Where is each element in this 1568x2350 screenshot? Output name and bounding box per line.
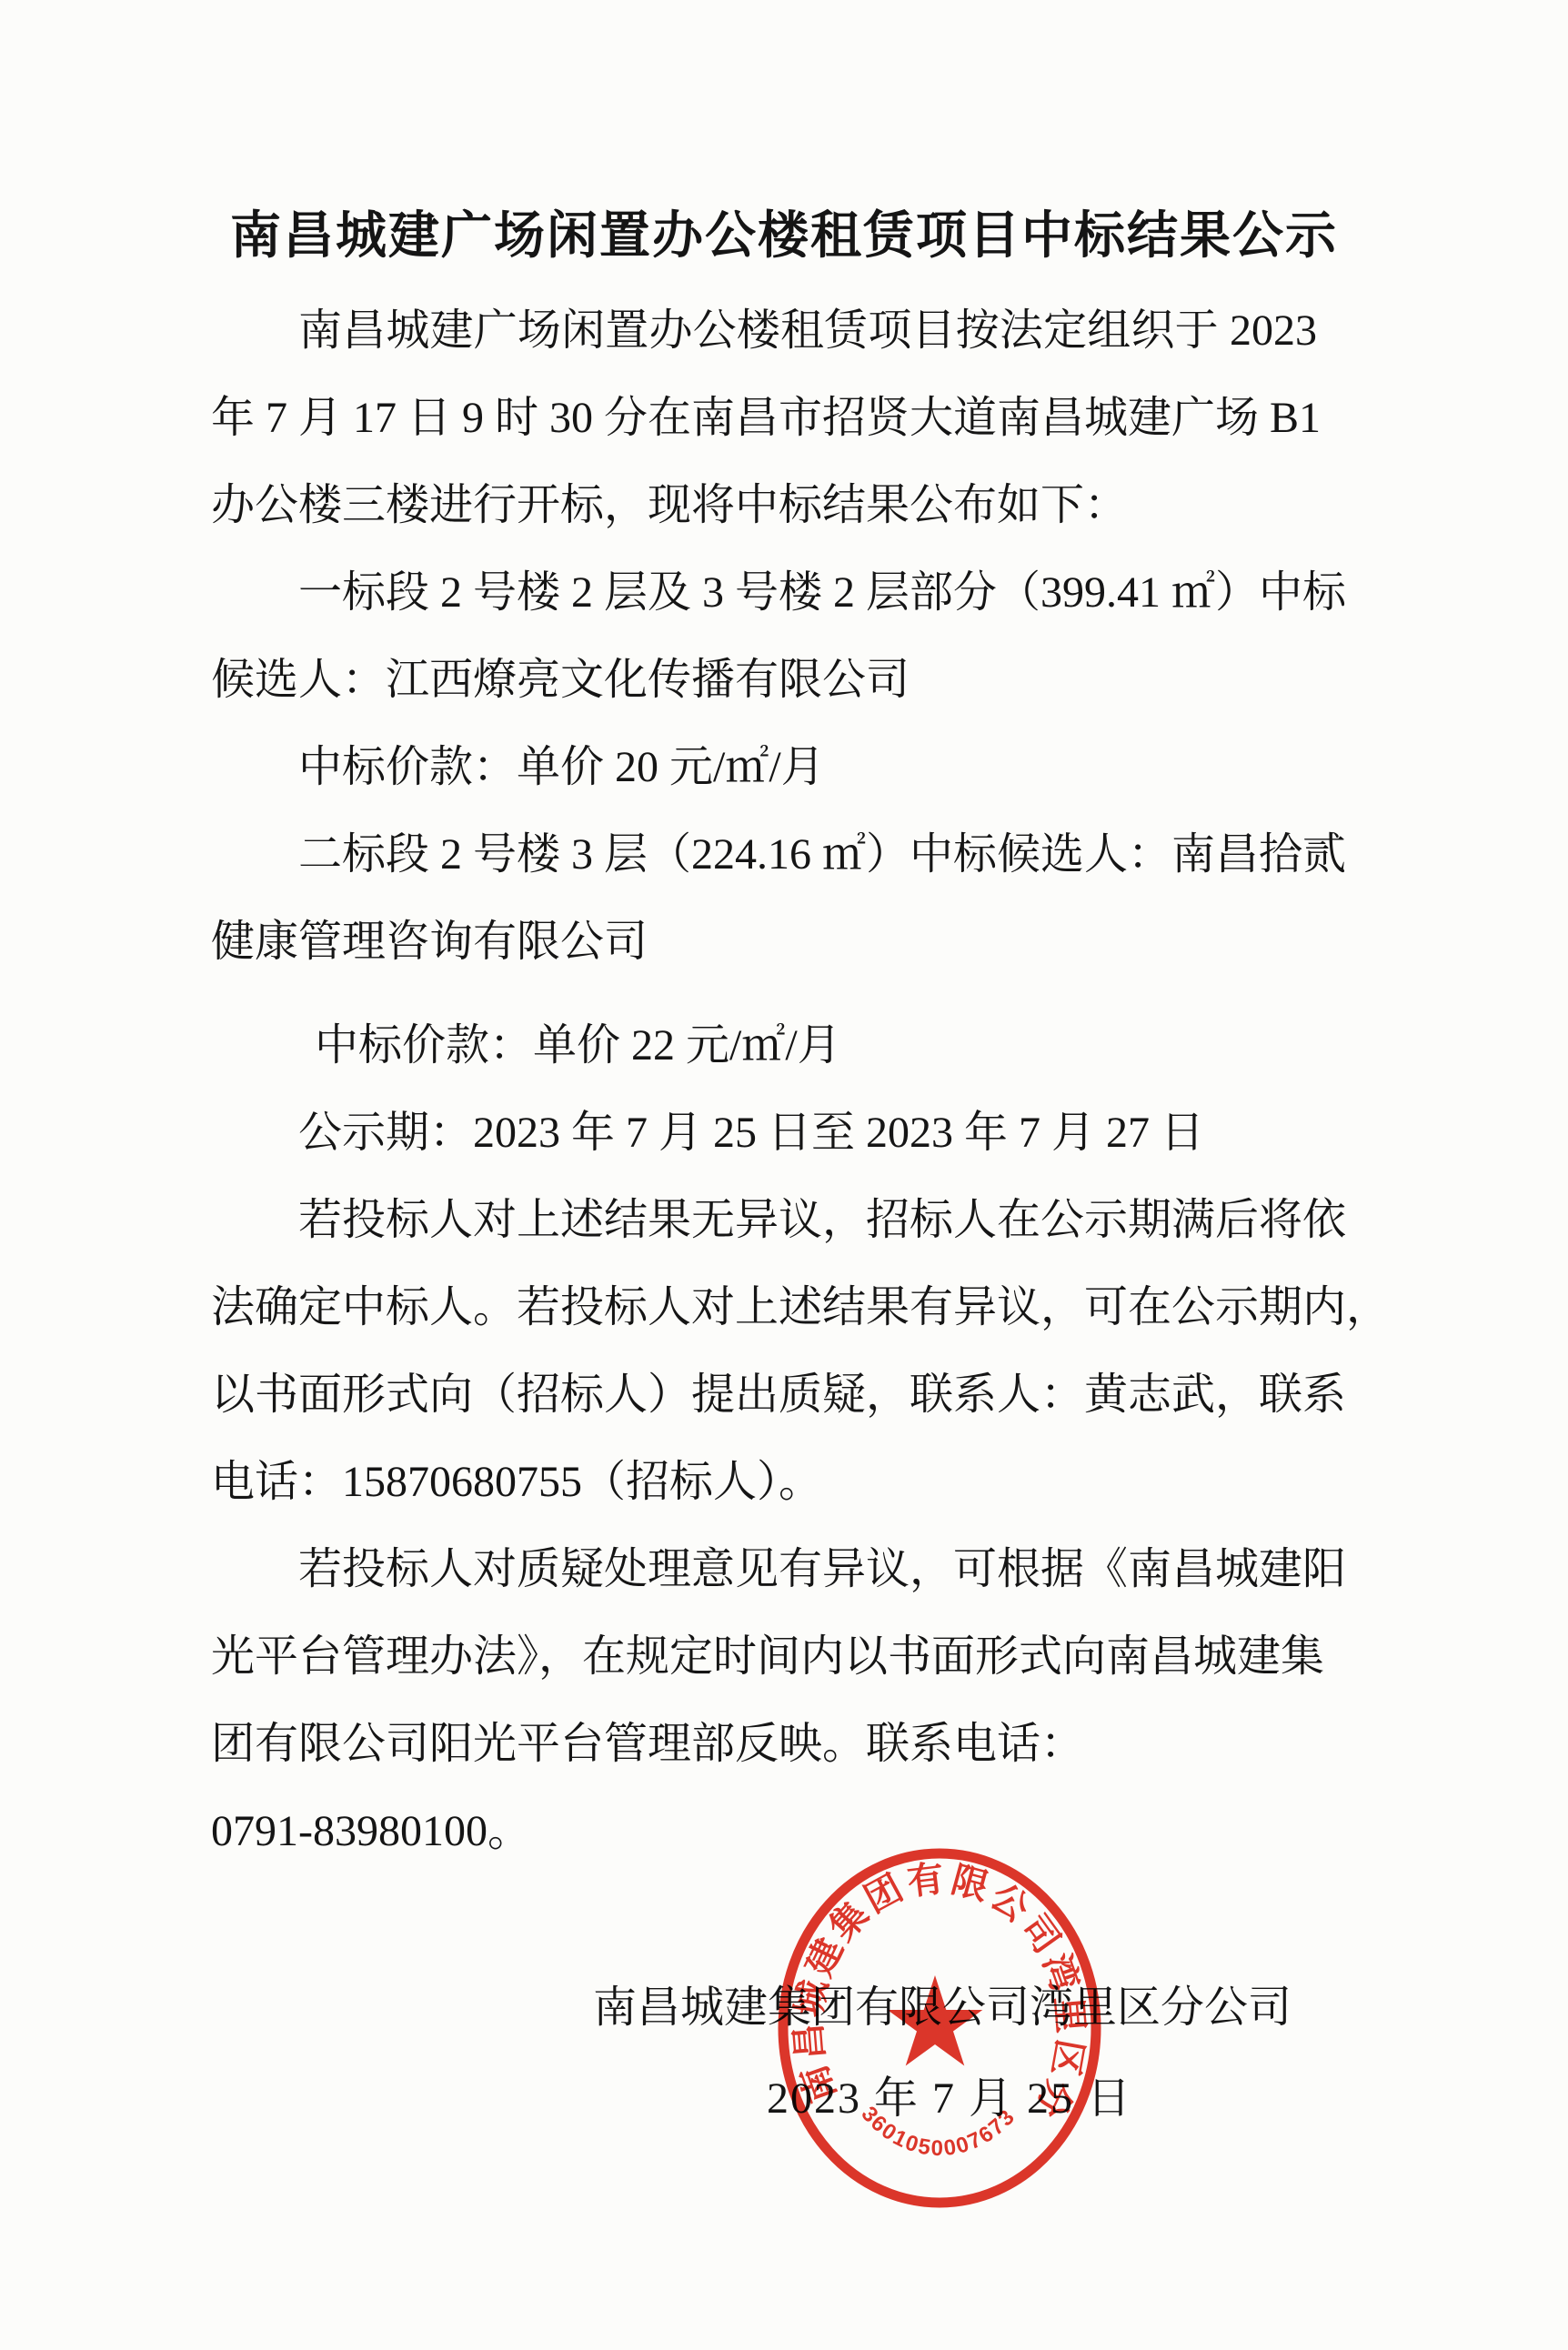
document-line: 健康管理咨询有限公司 [211, 899, 1317, 986]
document-line: 若投标人对质疑处理意见有异议，可根据《南昌城建阳 [211, 1526, 1317, 1613]
document-body: 南昌城建广场闲置办公楼租赁项目按法定组织于 2023年 7 月 17 日 9 时… [211, 287, 1317, 1875]
document-line: 中标价款：单价 22 元/㎡/月 [211, 1002, 1317, 1090]
document-line: 法确定中标人。若投标人对上述结果有异议，可在公示期内， [211, 1264, 1317, 1351]
page-title: 南昌城建广场闲置办公楼租赁项目中标结果公示 [0, 186, 1568, 286]
document-line: 团有限公司阳光平台管理部反映。联系电话： [211, 1701, 1317, 1788]
document-line: 光平台管理办法》，在规定时间内以书面形式向南昌城建集 [211, 1613, 1317, 1701]
seal-ring-text: 南昌城建集团有限公司湾里区分公司 [753, 1830, 1091, 2124]
seal-star-icon [888, 1975, 983, 2066]
document-line: 年 7 月 17 日 9 时 30 分在南昌市招贤大道南昌城建广场 B1 [211, 375, 1317, 462]
document-line: 二标段 2 号楼 3 层（224.16 ㎡）中标候选人：南昌拾贰 [211, 811, 1317, 899]
document-line: 候选人：江西燎亮文化传播有限公司 [211, 637, 1317, 724]
seal-serial-number: 3601050007673 [856, 2102, 1020, 2161]
document-line: 办公楼三楼进行开标，现将中标结果公布如下： [211, 462, 1317, 549]
document-line: 中标价款：单价 20 元/㎡/月 [211, 724, 1317, 811]
document-line: 电话：15870680755（招标人）。 [211, 1439, 1317, 1526]
document-line: 若投标人对上述结果无异议，招标人在公示期满后将依 [211, 1177, 1317, 1264]
company-seal: 南昌城建集团有限公司湾里区分公司 3601050007673 [753, 1830, 1126, 2230]
document-line: 公示期：2023 年 7 月 25 日至 2023 年 7 月 27 日 [211, 1090, 1317, 1177]
scanned-document-page: { "document": { "title": "南昌城建广场闲置办公楼租赁项… [0, 0, 1568, 2350]
document-line: 南昌城建广场闲置办公楼租赁项目按法定组织于 2023 [211, 287, 1317, 375]
document-line: 一标段 2 号楼 2 层及 3 号楼 2 层部分（399.41 ㎡）中标 [211, 549, 1317, 637]
document-line: 以书面形式向（招标人）提出质疑，联系人：黄志武，联系 [211, 1351, 1317, 1439]
